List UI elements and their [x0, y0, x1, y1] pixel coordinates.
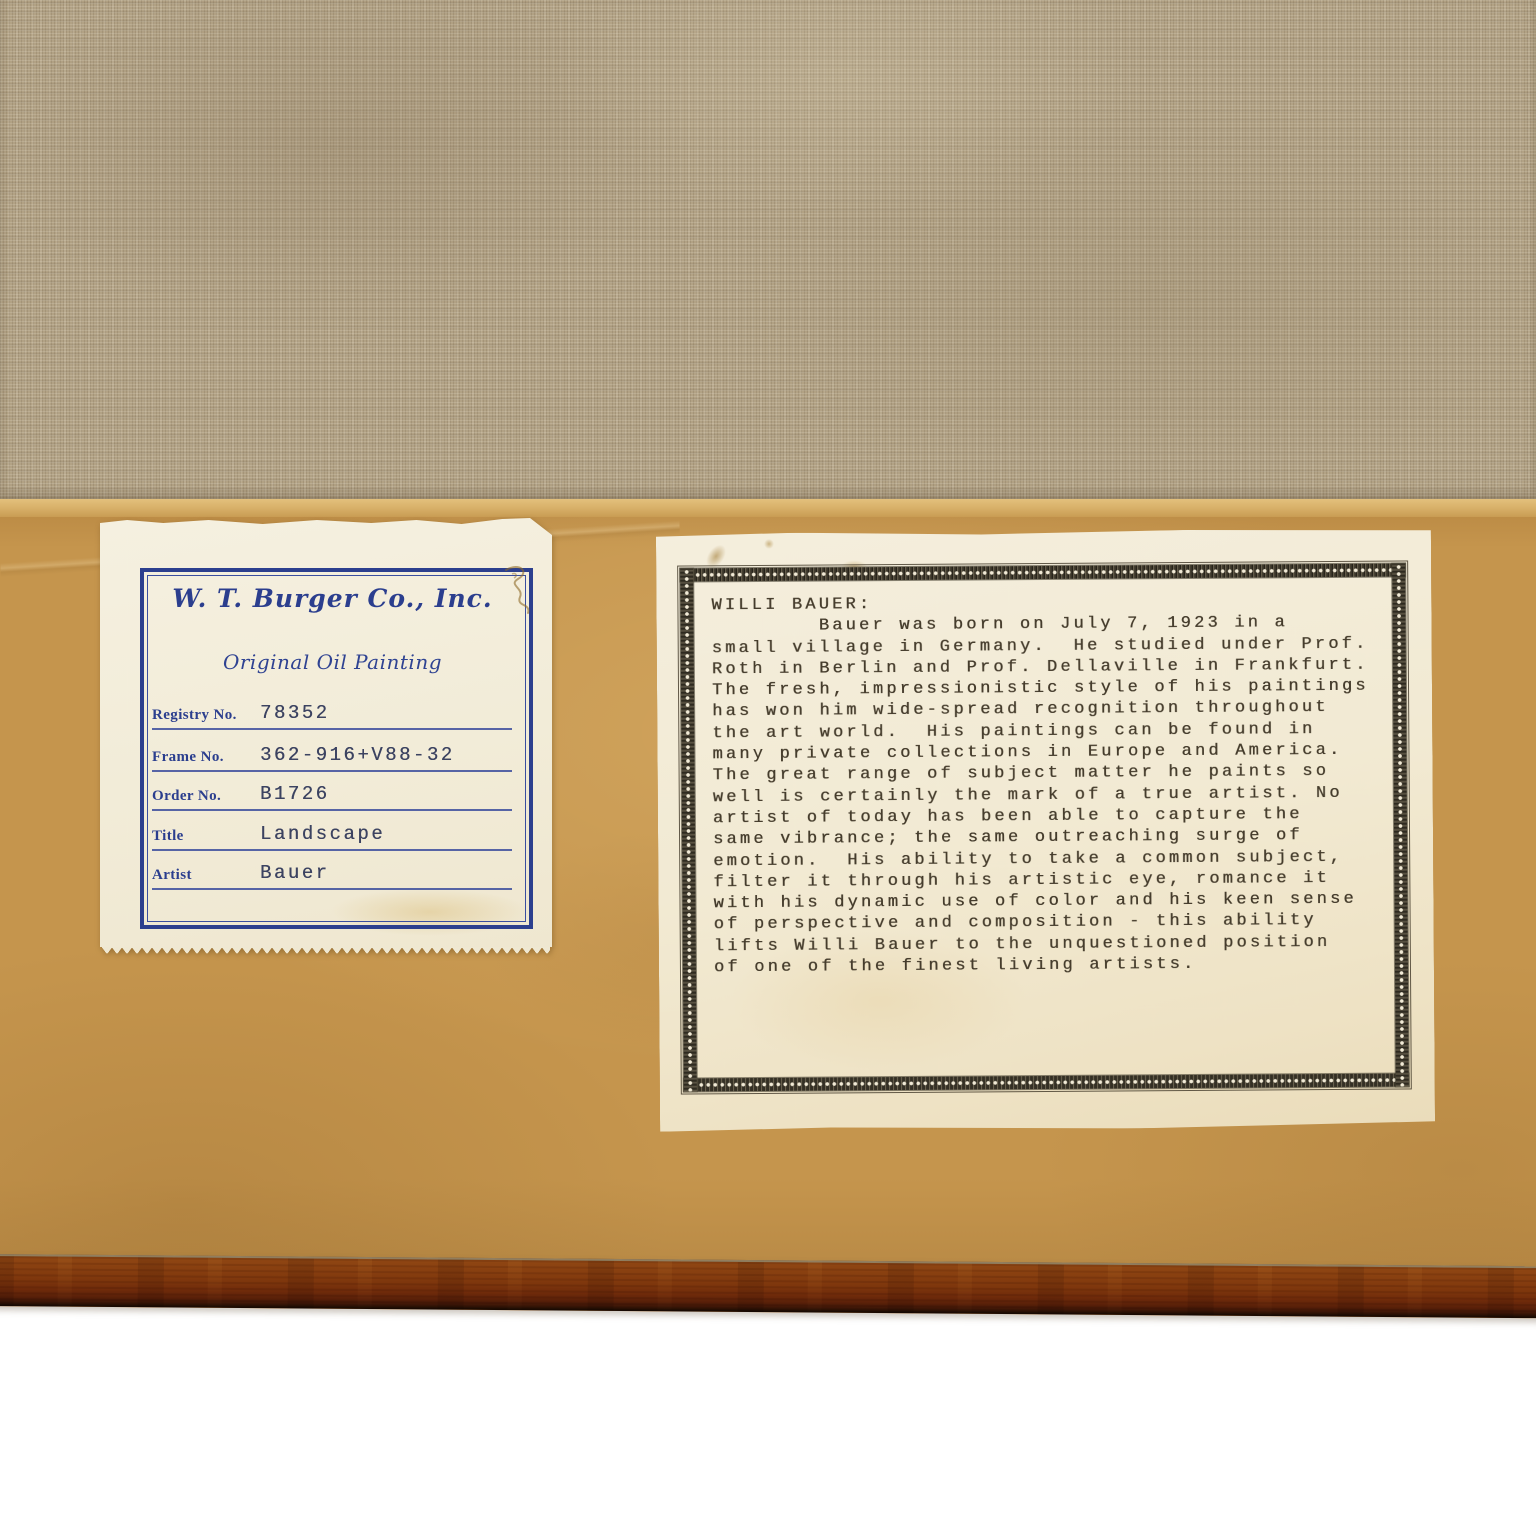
field-value: Bauer: [260, 862, 330, 884]
field-value: 362-916+V88-32: [260, 744, 455, 766]
artist-bio-text: Bauer was born on July 7, 1923 in a smal…: [712, 612, 1395, 979]
frame-top-edge: [0, 499, 1536, 517]
field-label: Registry No.: [152, 707, 237, 724]
form-row-title: Title Landscape: [152, 811, 512, 851]
form-row-artist: Artist Bauer: [152, 851, 512, 890]
field-label: Order No.: [152, 788, 221, 805]
stain: [764, 539, 774, 549]
field-label: Title: [152, 828, 184, 845]
linen-canvas-back: [0, 0, 1536, 499]
form-row-order: Order No. B1726: [152, 772, 512, 811]
bio-text-block: WILLI BAUER: Bauer was born on July 7, 1…: [711, 591, 1394, 979]
artist-bio-label: WILLI BAUER: Bauer was born on July 7, 1…: [656, 528, 1435, 1131]
form-fields: Registry No. 78352 Frame No. 362-916+V88…: [152, 686, 512, 890]
field-value: 78352: [260, 702, 330, 724]
field-value: Landscape: [260, 823, 385, 845]
framed-painting-back-photo: W. T. Burger Co., Inc. Original Oil Pain…: [0, 0, 1536, 1536]
company-name: W. T. Burger Co., Inc.: [140, 584, 525, 613]
label-paper: W. T. Burger Co., Inc. Original Oil Pain…: [100, 518, 552, 947]
field-value: B1726: [260, 783, 330, 805]
label-subtitle: Original Oil Painting: [140, 650, 525, 674]
form-row-registry: Registry No. 78352: [152, 686, 512, 730]
photo-background: [0, 1284, 1536, 1536]
form-row-frame: Frame No. 362-916+V88-32: [152, 730, 512, 772]
gallery-form-label: W. T. Burger Co., Inc. Original Oil Pain…: [100, 518, 552, 954]
field-label: Artist: [152, 867, 192, 884]
field-label: Frame No.: [152, 749, 224, 766]
ink-scribble-stain: [498, 560, 542, 620]
perforated-edge: [102, 947, 550, 954]
